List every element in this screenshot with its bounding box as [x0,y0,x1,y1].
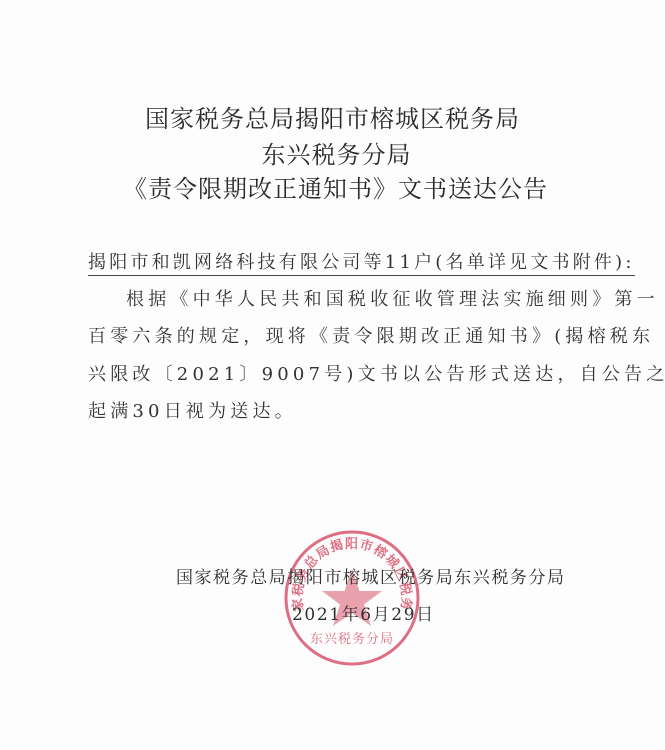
body-line-4: 起满30日视为送达。 [88,400,297,424]
issuing-authority-signature: 国家税务总局揭阳市榕城区税务局东兴税务分局 [176,566,566,590]
title-line-1: 国家税务总局揭阳市榕城区税务局 [0,104,665,134]
stamp-inner-text: 东兴税务分局 [310,632,394,647]
title-line-2: 东兴税务分局 [4,140,665,170]
notice-document: 国家税务总局揭阳市榕城区税务局 东兴税务分局 《责令限期改正通知书》文书送达公告… [0,0,665,750]
title-line-3: 《责令限期改正通知书》文书送达公告 [3,174,665,204]
issue-date: 2021年6月29日 [292,603,435,627]
addressee-line: 揭阳市和凯网络科技有限公司等11户(名单详见文书附件): [88,251,635,276]
body-line-3: 兴限改〔2021〕9007号)文书以公告形式送达，自公告之日 [88,363,665,387]
official-seal-stamp-icon: 国家税务总局揭阳市榕城区税务局 东兴税务分局 [283,529,421,667]
body-line-2: 百零六条的规定，现将《责令限期改正通知书》(揭榕税东 [88,325,654,349]
body-line-1: 根据《中华人民共和国税收征收管理法实施细则》第一 [126,288,659,312]
